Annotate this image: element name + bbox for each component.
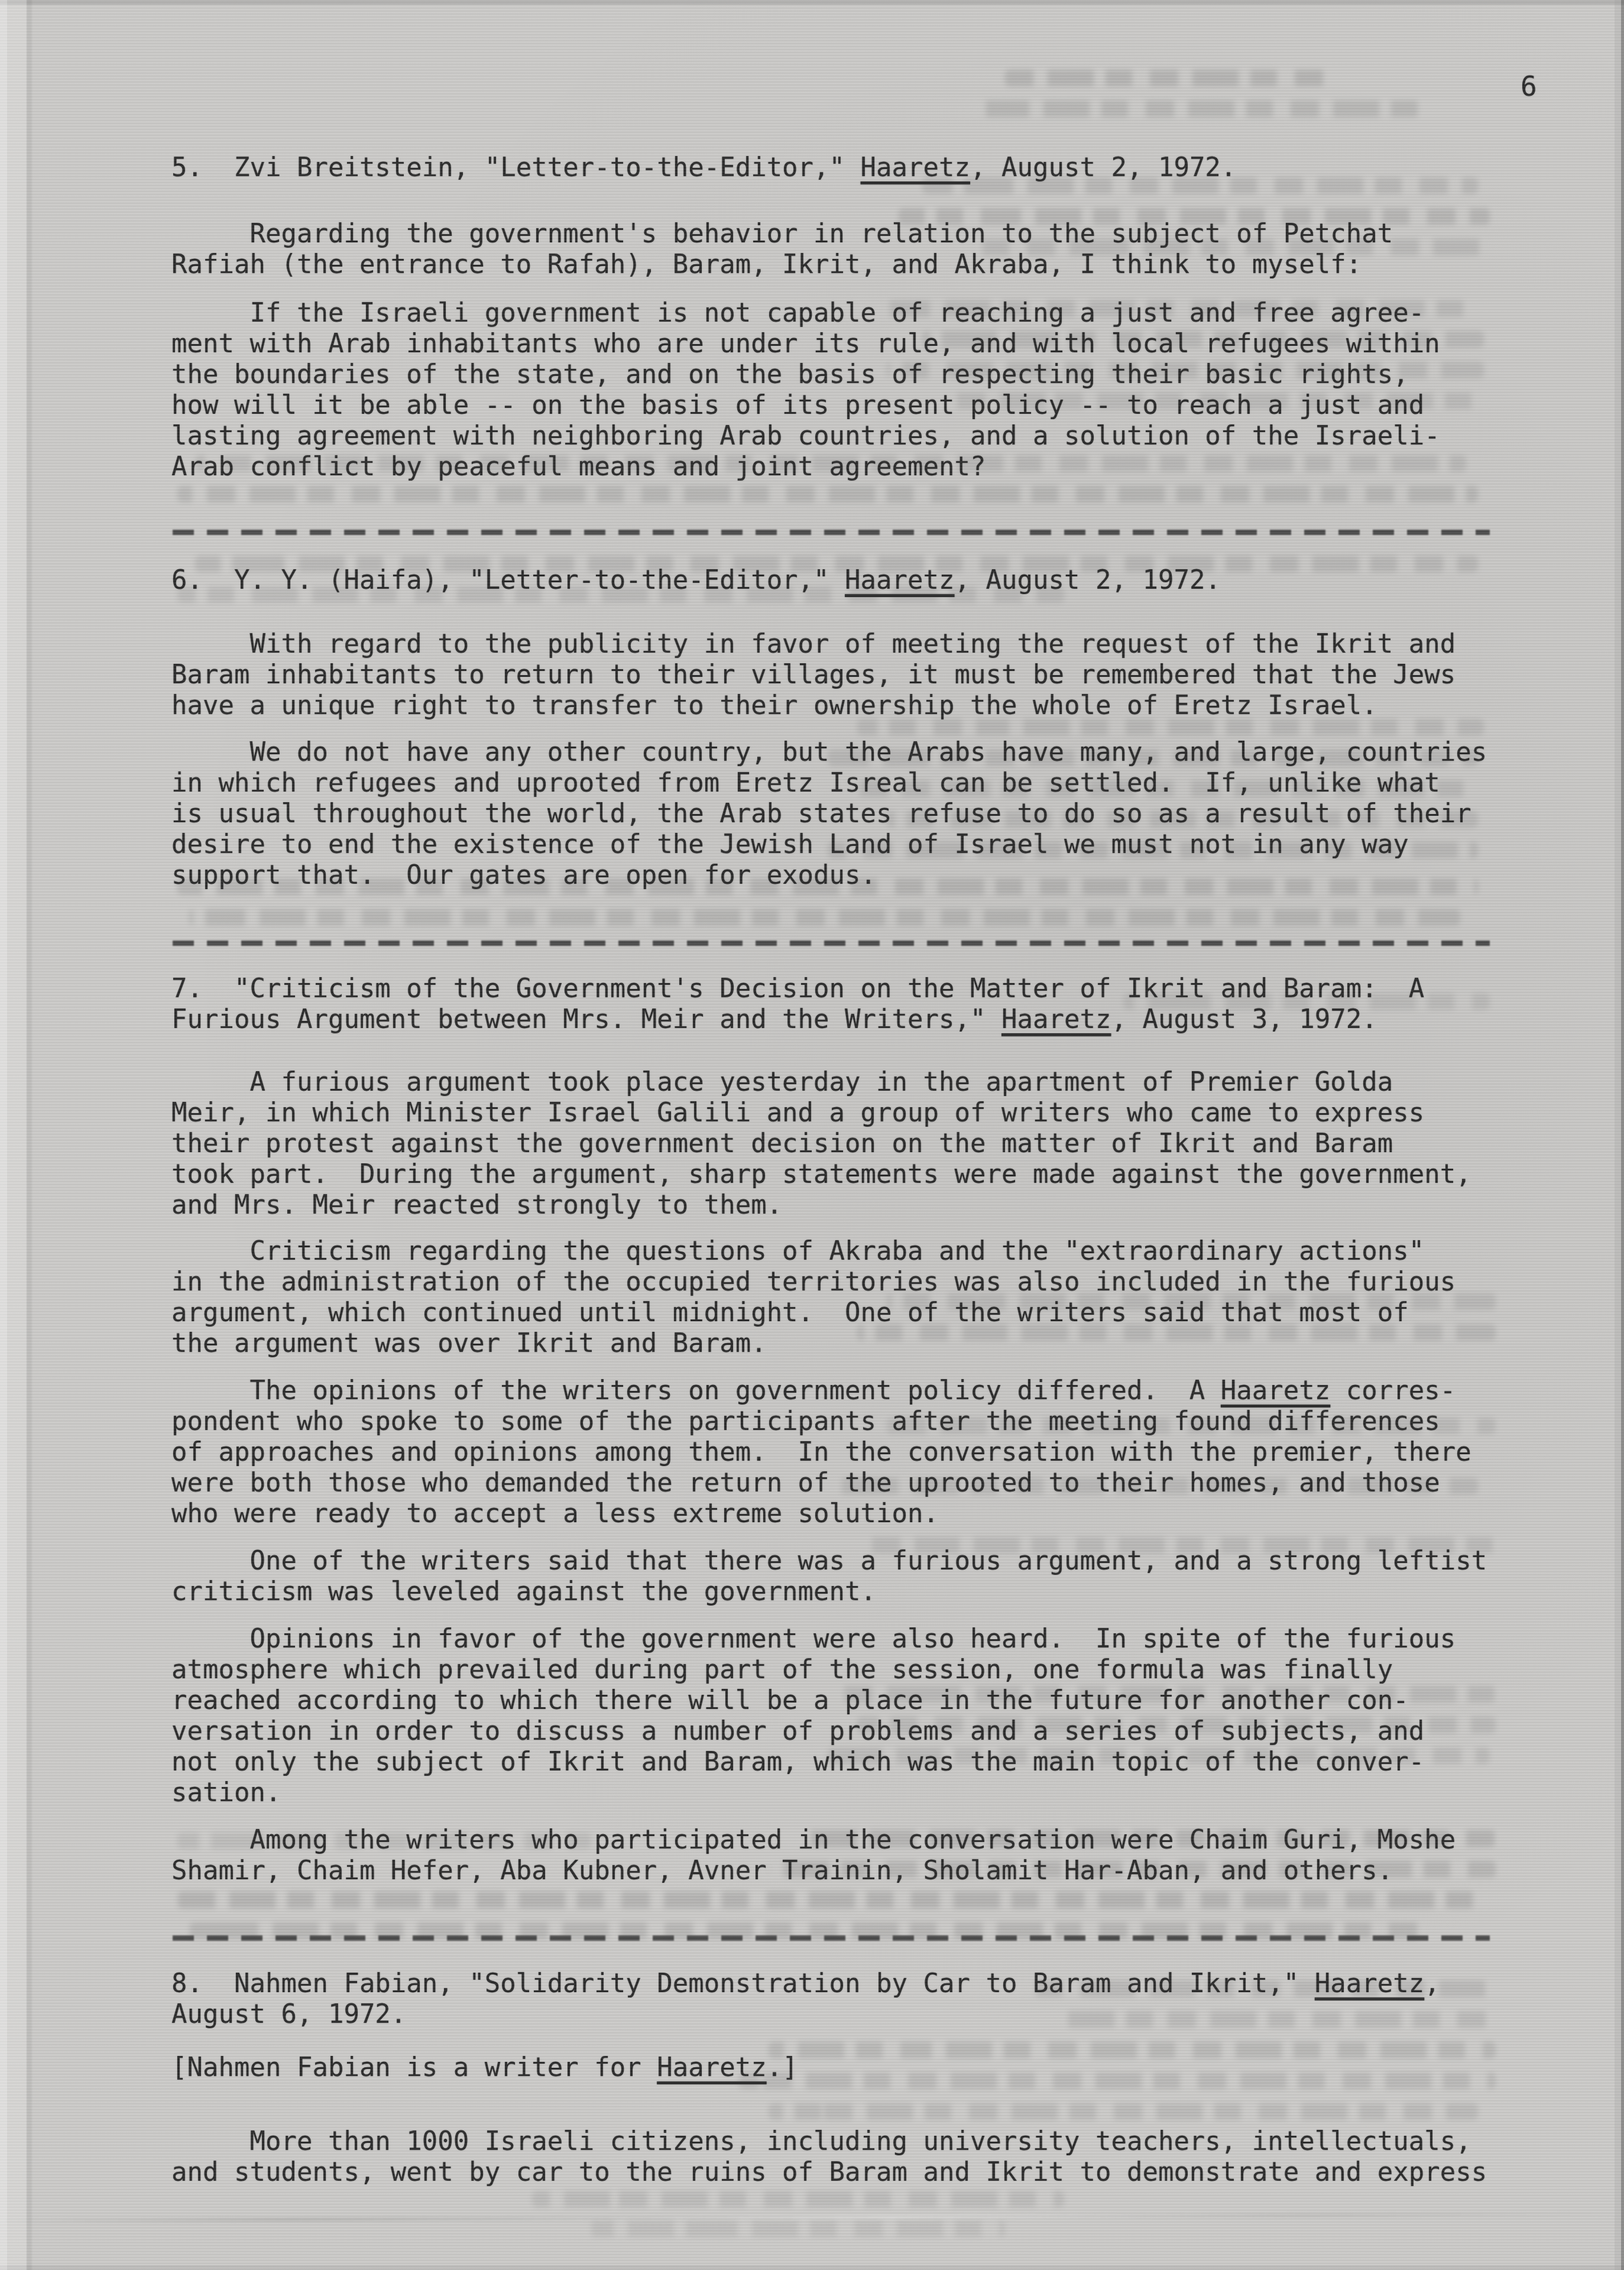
entry-7-paragraph-6: Among the writers who participated in th… (171, 1825, 1456, 1886)
document-line: and students, went by car to the ruins o… (171, 2157, 1487, 2188)
bleedthrough-smudge (769, 2103, 1478, 2120)
haaretz-underlined: Haaretz (1315, 1969, 1424, 1999)
body-text: corres- (1330, 1376, 1456, 1406)
document-line: atmosphere which prevailed during part o… (171, 1655, 1456, 1685)
document-line: [Nahmen Fabian is a writer for Haaretz.] (171, 2052, 798, 2083)
document-line: August 6, 1972. (171, 1999, 1440, 2030)
document-line: desire to end the existence of the Jewis… (171, 829, 1487, 860)
document-line: Shamir, Chaim Hefer, Aba Kubner, Avner T… (171, 1856, 1456, 1886)
entry-8-heading: 8. Nahmen Fabian, "Solidarity Demonstrat… (171, 1969, 1440, 2030)
document-line: Opinions in favor of the government were… (171, 1624, 1456, 1655)
document-line: ment with Arab inhabitants who are under… (171, 329, 1440, 359)
dashed-separator (173, 530, 1490, 535)
document-line: Among the writers who participated in th… (171, 1825, 1456, 1856)
document-line: argument, which continued until midnight… (171, 1298, 1456, 1328)
bleedthrough-smudge (177, 1892, 1490, 1908)
document-line: The opinions of the writers on governmen… (171, 1376, 1471, 1406)
heading-text: 6. Y. Y. (Haifa), "Letter-to-the-Editor,… (171, 565, 845, 595)
document-line: how will it be able -- on the basis of i… (171, 390, 1440, 421)
heading-text: , August 2, 1972. (955, 565, 1221, 595)
document-line: With regard to the publicity in favor of… (171, 629, 1456, 660)
document-line: Baram inhabitants to return to their vil… (171, 660, 1456, 690)
document-line: took part. During the argument, sharp st… (171, 1159, 1471, 1190)
heading-text: , August 2, 1972. (970, 153, 1236, 183)
bleedthrough-smudge (1005, 70, 1336, 86)
haaretz-underlined: Haaretz (1001, 1004, 1111, 1035)
document-line: and Mrs. Meir reacted strongly to them. (171, 1190, 1471, 1221)
bleedthrough-smudge (177, 486, 1478, 502)
bleedthrough-smudge (769, 2042, 1496, 2058)
document-line: their protest against the government dec… (171, 1128, 1471, 1159)
dashed-separator (173, 941, 1490, 946)
document-line: is usual throughout the world, the Arab … (171, 799, 1487, 829)
haaretz-underlined: Haaretz (845, 565, 954, 595)
entry-7-heading: 7. "Criticism of the Government's Decisi… (171, 974, 1424, 1035)
entry-5-paragraph-2: If the Israeli government is not capable… (171, 298, 1440, 482)
document-line: in the administration of the occupied te… (171, 1267, 1456, 1298)
entry-5-heading: 5. Zvi Breitstein, "Letter-to-the-Editor… (171, 153, 1236, 183)
bleedthrough-smudge (189, 909, 1460, 926)
entry-8-editorial-note: [Nahmen Fabian is a writer for Haaretz.] (171, 2052, 798, 2083)
document-line: pondent who spoke to some of the partici… (171, 1406, 1471, 1437)
document-line: sation. (171, 1778, 1456, 1808)
document-line: 8. Nahmen Fabian, "Solidarity Demonstrat… (171, 1969, 1440, 1999)
document-line: 5. Zvi Breitstein, "Letter-to-the-Editor… (171, 153, 1236, 183)
document-line: support that. Our gates are open for exo… (171, 860, 1487, 891)
heading-text: , (1424, 1969, 1440, 1999)
body-text: The opinions of the writers on governmen… (171, 1376, 1221, 1406)
document-line: Furious Argument between Mrs. Meir and t… (171, 1004, 1424, 1035)
entry-7-paragraph-5: Opinions in favor of the government were… (171, 1624, 1456, 1808)
document-line: of approaches and opinions among them. I… (171, 1437, 1471, 1468)
document-line: versation in order to discuss a number o… (171, 1716, 1456, 1747)
entry-7-paragraph-1: A furious argument took place yesterday … (171, 1067, 1471, 1221)
document-line: Regarding the government's behavior in r… (171, 219, 1393, 249)
paper-crease (0, 2212, 1624, 2223)
document-line: were both those who demanded the return … (171, 1468, 1471, 1499)
heading-text: Furious Argument between Mrs. Meir and t… (171, 1004, 1001, 1035)
document-line: have a unique right to transfer to their… (171, 690, 1456, 721)
bleedthrough-smudge (970, 100, 1419, 117)
haaretz-underlined: Haaretz (861, 153, 970, 183)
page-number: 6 (1521, 71, 1537, 102)
document-line: criticism was leveled against the govern… (171, 1577, 1487, 1607)
entry-6-paragraph-1: With regard to the publicity in favor of… (171, 629, 1456, 721)
entry-8-paragraph-1: More than 1000 Israeli citizens, includi… (171, 2126, 1487, 2188)
document-line: If the Israeli government is not capable… (171, 298, 1440, 329)
document-line: One of the writers said that there was a… (171, 1546, 1487, 1577)
document-line: the argument was over Ikrit and Baram. (171, 1328, 1456, 1359)
document-line: Criticism regarding the questions of Akr… (171, 1236, 1456, 1267)
bleedthrough-smudge (857, 719, 1484, 735)
document-line: 6. Y. Y. (Haifa), "Letter-to-the-Editor,… (171, 565, 1221, 596)
bleedthrough-smudge (532, 2191, 1064, 2207)
document-line: who were ready to accept a less extreme … (171, 1499, 1471, 1529)
document-line: reached according to which there will be… (171, 1685, 1456, 1716)
document-line: Rafiah (the entrance to Rafah), Baram, I… (171, 249, 1393, 280)
document-page: 6 5. Zvi Breitstein, "Letter-to-the-Edit… (0, 0, 1624, 2270)
heading-text: 5. Zvi Breitstein, "Letter-to-the-Editor… (171, 153, 861, 183)
document-line: lasting agreement with neighboring Arab … (171, 421, 1440, 452)
entry-7-paragraph-4: One of the writers said that there was a… (171, 1546, 1487, 1607)
heading-text: 8. Nahmen Fabian, "Solidarity Demonstrat… (171, 1969, 1315, 1999)
document-line: A furious argument took place yesterday … (171, 1067, 1471, 1098)
document-line: not only the subject of Ikrit and Baram,… (171, 1747, 1456, 1778)
entry-6-paragraph-2: We do not have any other country, but th… (171, 737, 1487, 891)
dashed-separator (173, 1935, 1490, 1941)
bleedthrough-smudge (591, 2220, 1005, 2237)
document-line: Arab conflict by peaceful means and join… (171, 452, 1440, 482)
entry-6-heading: 6. Y. Y. (Haifa), "Letter-to-the-Editor,… (171, 565, 1221, 596)
haaretz-underlined: Haaretz (1221, 1376, 1330, 1406)
bleedthrough-smudge (739, 2073, 1496, 2089)
document-line: We do not have any other country, but th… (171, 737, 1487, 768)
entry-7-paragraph-2: Criticism regarding the questions of Akr… (171, 1236, 1456, 1359)
note-text: [Nahmen Fabian is a writer for (171, 2052, 657, 2083)
entry-5-paragraph-1: Regarding the government's behavior in r… (171, 219, 1393, 280)
document-line: 7. "Criticism of the Government's Decisi… (171, 974, 1424, 1004)
note-text: .] (767, 2052, 798, 2083)
document-line: the boundaries of the state, and on the … (171, 359, 1440, 390)
document-line: in which refugees and uprooted from Eret… (171, 768, 1487, 799)
entry-7-paragraph-3: The opinions of the writers on governmen… (171, 1376, 1471, 1529)
document-line: More than 1000 Israeli citizens, includi… (171, 2126, 1487, 2157)
document-line: Meir, in which Minister Israel Galili an… (171, 1098, 1471, 1128)
heading-text: , August 3, 1972. (1111, 1004, 1377, 1035)
haaretz-underlined: Haaretz (657, 2052, 766, 2083)
